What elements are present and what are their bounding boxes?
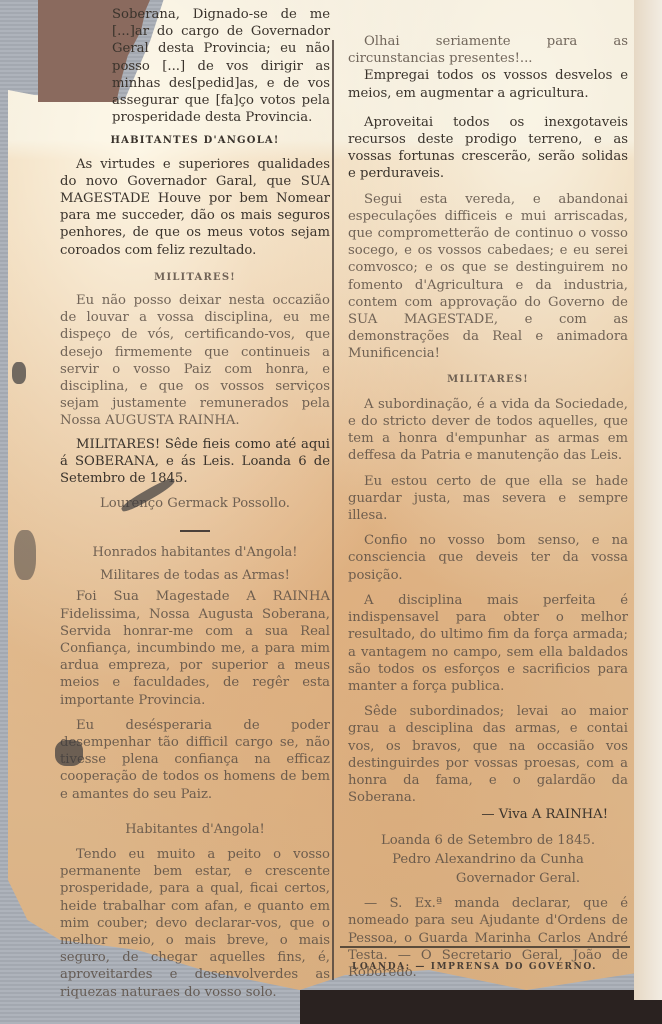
section-rule: [180, 530, 210, 532]
paragraph-tendo-eu: Tendo eu muito a peito o vosso permanent…: [60, 846, 330, 1001]
paragraph-louvar: Eu não posso deixar nesta occazião de lo…: [60, 292, 330, 430]
paragraph-eu-estou-certo: Eu estou certo de que ella se hade guard…: [348, 473, 628, 525]
paragraph-segui: Segui esta vereda, e abandonai especulaç…: [348, 191, 628, 363]
imprint: LOANDA: — IMPRENSA DO GOVERNO.: [352, 962, 622, 972]
ink-stain: [12, 362, 26, 384]
paragraph-virtudes: As virtudes e superiores qualidades do n…: [60, 156, 330, 259]
column-divider: [332, 40, 334, 980]
exclamation-viva-rainha: — Viva A RAINHA!: [348, 806, 628, 823]
signature-possollo: Lourenço Germack Possollo.: [60, 495, 330, 512]
paragraph-confio: Confio no vosso bom senso, e na conscien…: [348, 532, 628, 584]
paragraph-sede-fieis: MILITARES! Sêde fieis como até aqui á SO…: [60, 436, 330, 488]
paragraph-subordinacao: A subordinação, é a vida da Sociedade, e…: [348, 396, 628, 465]
footer-rule: [340, 946, 630, 948]
paragraph-olhai: Olhai seriamente para as circunstancias …: [348, 33, 628, 67]
left-column: Soberana, Dignado-se de me [...]ar do ca…: [60, 0, 330, 1001]
paragraph-desesperaria: Eu desésperaria de poder desempenhar tão…: [60, 717, 330, 803]
ink-stain: [55, 740, 83, 766]
heading-militares: MILITARES!: [60, 269, 330, 286]
heading-militares-right: MILITARES!: [348, 371, 628, 388]
salutation-honrados: Honrados habitantes d'Angola!: [60, 544, 330, 561]
ink-stain: [14, 530, 36, 580]
heading-habitantes: HABITANTES D'ANGOLA!: [60, 132, 330, 149]
signature-name: Pedro Alexandrino da Cunha: [348, 851, 628, 868]
paragraph-disciplina: A disciplina mais perfeita é indispensav…: [348, 592, 628, 695]
opening-paragraph: Soberana, Dignado-se de me [...]ar do ca…: [60, 6, 330, 126]
right-column: Olhai seriamente para as circunstancias …: [348, 0, 628, 981]
paragraph-aproveitai: Aproveitai todos os inexgotaveis recurso…: [348, 114, 628, 183]
signature-title: Governador Geral.: [348, 870, 628, 887]
page-edge: [634, 0, 662, 1000]
dateline: Loanda 6 de Setembro de 1845.: [348, 832, 628, 849]
salutation-militares-armas: Militares de todas as Armas!: [60, 567, 330, 584]
paragraph-sede-subordinados: Sêde subordinados; levai ao maior grau a…: [348, 703, 628, 806]
heading-habitantes-angola: Habitantes d'Angola!: [60, 821, 330, 838]
paragraph-foi-sua-magestade: Foi Sua Magestade A RAINHA Fidelissima, …: [60, 588, 330, 708]
paragraph-empregai: Empregai todos os vossos desvelos e meio…: [348, 67, 628, 101]
dark-background-region: [300, 990, 662, 1024]
